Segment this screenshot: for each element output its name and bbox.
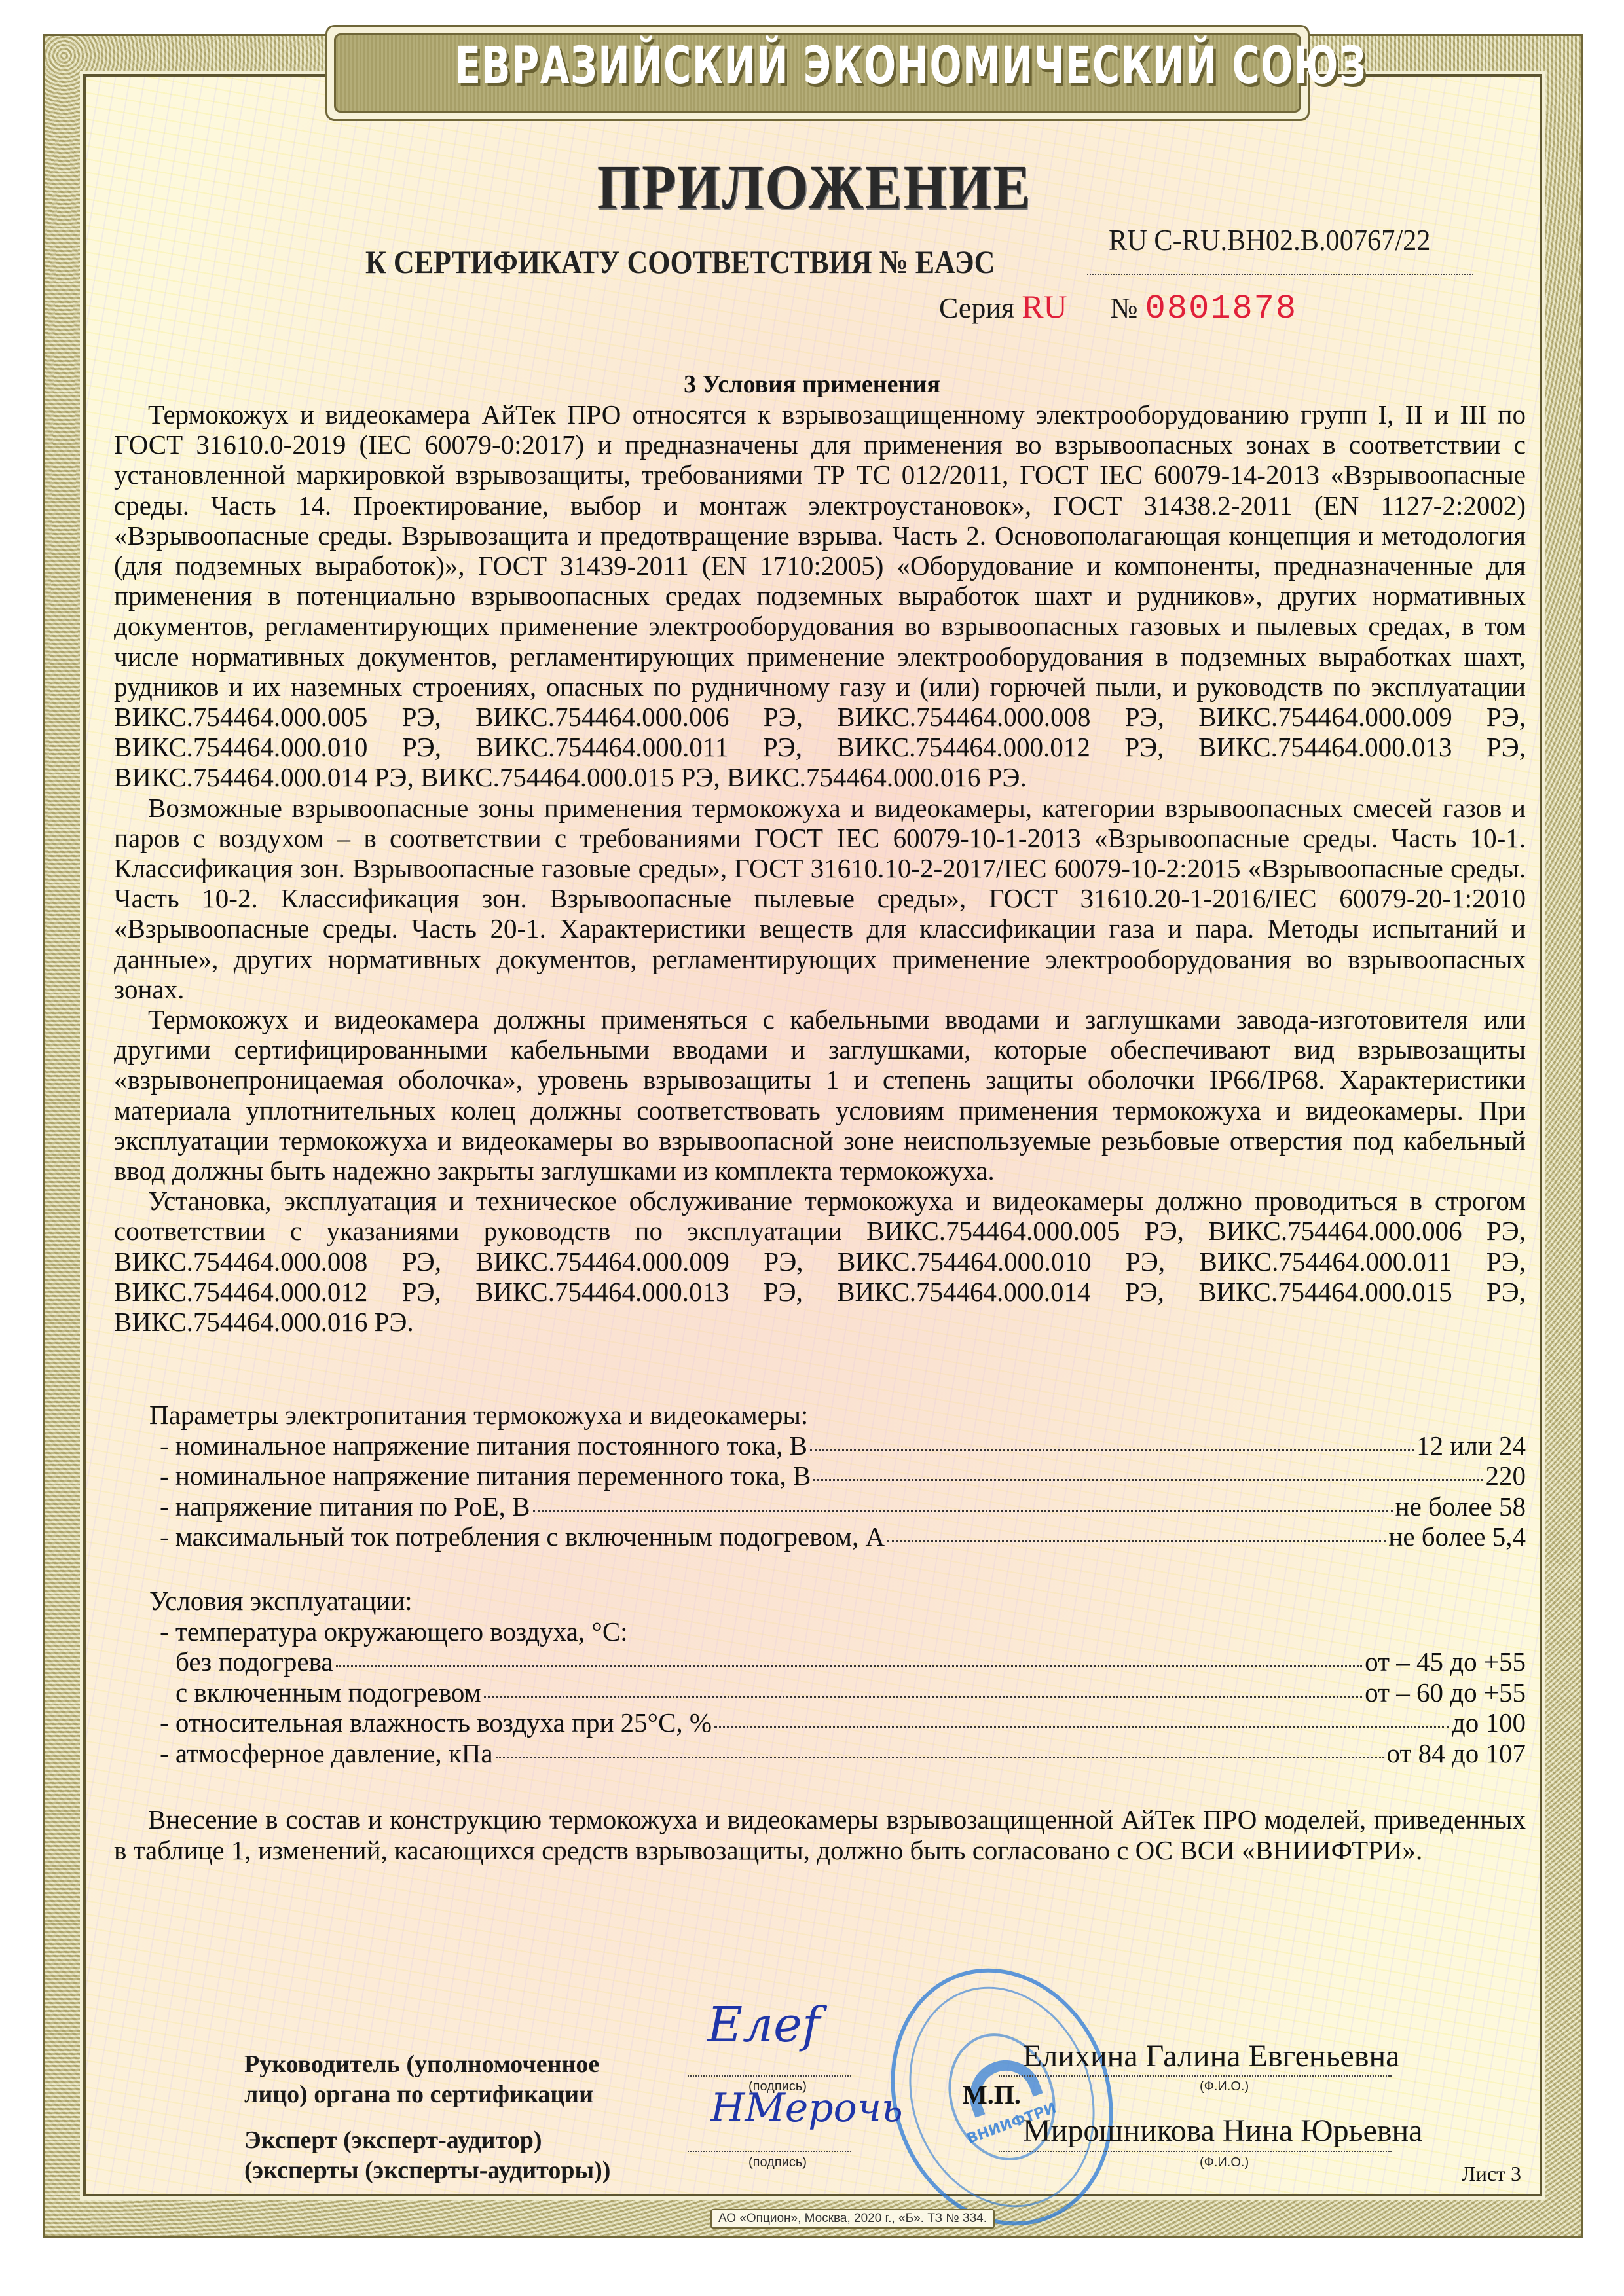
param-row: - относительная влажность воздуха при 25…	[149, 1707, 1526, 1738]
number-label: №	[1111, 292, 1138, 324]
seal-placement-label: М.П.	[963, 2079, 1021, 2110]
leader-dots	[714, 1726, 1449, 1728]
power-heading: Параметры электропитания термокожуха и в…	[149, 1400, 1526, 1430]
param-value: не более 5,4	[1388, 1522, 1526, 1552]
leader-dots	[336, 1665, 1363, 1667]
param-label: - номинальное напряжение питания постоян…	[160, 1430, 807, 1461]
leader-dots	[813, 1479, 1483, 1481]
leader-dots	[810, 1449, 1414, 1451]
param-value: от – 60 до +55	[1365, 1677, 1526, 1708]
name-caption: (Ф.И.О.)	[1200, 2079, 1249, 2094]
leader-dots	[533, 1510, 1393, 1512]
param-value: 12 или 24	[1416, 1430, 1526, 1461]
expert-name: Мирошникова Нина Юрьевна	[1023, 2113, 1422, 2149]
printer-imprint: АО «Опцион», Москва, 2020 г., «Б». ТЗ № …	[710, 2209, 995, 2229]
param-row: - температура окружающего воздуха, °С:	[149, 1616, 1526, 1647]
head-signature: Елеf	[707, 1997, 820, 2053]
param-label: - температура окружающего воздуха, °С:	[160, 1616, 628, 1647]
param-label: - максимальный ток потребления с включен…	[160, 1522, 885, 1552]
param-label: - относительная влажность воздуха при 25…	[160, 1707, 712, 1738]
section-heading: 3 Условия применения	[0, 369, 1624, 399]
series-value: RU	[1022, 288, 1067, 325]
expert-role-label-2: (эксперты (эксперты-аудиторы))	[244, 2155, 610, 2185]
head-name: Елихина Галина Евгеньевна	[1023, 2039, 1399, 2074]
power-parameters: Параметры электропитания термокожуха и в…	[149, 1400, 1526, 1552]
series-block: Серия RU № 0801878	[939, 288, 1297, 327]
paragraph: Установка, эксплуатация и техническое об…	[114, 1186, 1526, 1337]
param-value: не более 58	[1395, 1491, 1526, 1522]
param-row: с включенным подогревомот – 60 до +55	[149, 1677, 1526, 1708]
param-label: с включенным подогревом	[175, 1677, 481, 1708]
paragraph: Термокожух и видеокамера АйТек ПРО относ…	[114, 399, 1526, 793]
union-title: ЕВРАЗИЙСКИЙ ЭКОНОМИЧЕСКИЙ СОЮЗ	[455, 39, 1181, 94]
name-line	[999, 2075, 1392, 2077]
signature-caption: (подпись)	[748, 2155, 807, 2170]
paragraph: Возможные взрывоопасные зоны применения …	[114, 793, 1526, 1004]
name-line	[999, 2151, 1392, 2152]
param-value: от 84 до 107	[1387, 1738, 1526, 1769]
leader-dots	[887, 1540, 1386, 1542]
union-header-band: ЕВРАЗИЙСКИЙ ЭКОНОМИЧЕСКИЙ СОЮЗ	[325, 25, 1310, 121]
head-role-label-1: Руководитель (уполномоченное	[244, 2049, 599, 2079]
paragraph: Термокожух и видеокамера должны применят…	[114, 1004, 1526, 1186]
final-paragraph: Внесение в состав и конструкцию термокож…	[114, 1804, 1526, 1865]
document-title: ПРИЛОЖЕНИЕ	[100, 155, 1528, 220]
certificate-label: К СЕРТИФИКАТУ СООТВЕТСТВИЯ № ЕАЭС	[365, 244, 995, 280]
signature-line	[688, 2075, 851, 2077]
sheet-number: Лист 3	[1462, 2162, 1521, 2186]
name-caption: (Ф.И.О.)	[1200, 2155, 1249, 2170]
param-row: без подогреваот – 45 до +55	[149, 1647, 1526, 1677]
series-label: Серия	[939, 292, 1014, 324]
param-label: - атмосферное давление, кПа	[160, 1738, 493, 1769]
param-row: - номинальное напряжение питания перемен…	[149, 1461, 1526, 1491]
final-paragraph-block: Внесение в состав и конструкцию термокож…	[114, 1804, 1526, 1865]
certificate-number: RU C-RU.BH02.B.00767/22	[1109, 224, 1430, 257]
expert-role-label-1: Эксперт (эксперт-аудитор)	[244, 2125, 542, 2155]
expert-signature: НМерочь	[710, 2085, 903, 2131]
leader-dots	[496, 1757, 1384, 1758]
param-row: - максимальный ток потребления с включен…	[149, 1522, 1526, 1552]
leader-dots	[484, 1696, 1363, 1698]
param-value: до 100	[1452, 1707, 1526, 1738]
param-row: - атмосферное давление, кПаот 84 до 107	[149, 1738, 1526, 1769]
number-value: 0801878	[1145, 289, 1297, 328]
certificate-number-underline	[1087, 274, 1473, 275]
param-value: 220	[1486, 1461, 1526, 1491]
signature-line	[688, 2151, 851, 2152]
param-label: без подогрева	[175, 1647, 333, 1677]
operation-heading: Условия эксплуатации:	[149, 1586, 1526, 1616]
param-row: - номинальное напряжение питания постоян…	[149, 1430, 1526, 1461]
param-label: - напряжение питания по PoE, В	[160, 1491, 530, 1522]
param-value: от – 45 до +55	[1365, 1647, 1526, 1677]
param-row: - напряжение питания по PoE, Вне более 5…	[149, 1491, 1526, 1522]
param-label: - номинальное напряжение питания перемен…	[160, 1461, 811, 1491]
head-role-label-2: лицо) органа по сертификации	[244, 2079, 593, 2109]
section-body: Термокожух и видеокамера АйТек ПРО относ…	[114, 399, 1526, 1337]
operating-conditions: Условия эксплуатации: - температура окру…	[149, 1586, 1526, 1768]
